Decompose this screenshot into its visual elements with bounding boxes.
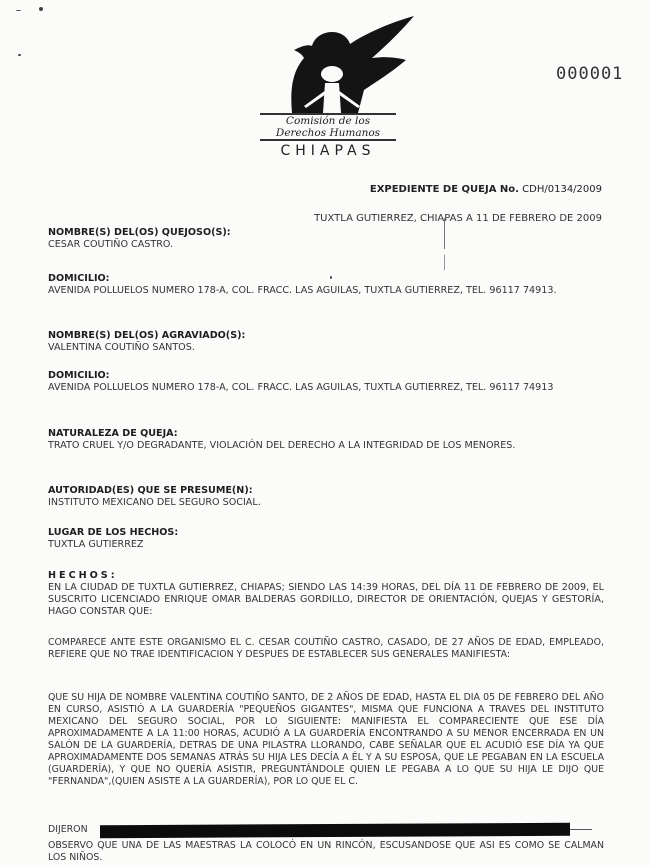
- section-hechos: HECHOS: EN LA CIUDAD DE TUXTLA GUTIERREZ…: [48, 570, 604, 618]
- scan-speck: [16, 10, 21, 11]
- section-value: AVENIDA POLLUELOS NUMERO 178-A, COL. FRA…: [48, 382, 604, 394]
- section-label: AUTORIDAD(ES) QUE SE PRESUME(N):: [48, 485, 604, 497]
- redaction-bar: [100, 823, 570, 838]
- folio-number: 000001: [556, 64, 623, 84]
- expediente-label: EXPEDIENTE DE QUEJA No.: [370, 184, 519, 195]
- section-label: DOMICILIO:: [48, 370, 604, 382]
- section-label: HECHOS:: [48, 570, 604, 582]
- paragraph-comparecencia: COMPARECE ANTE ESTE ORGANISMO EL C. CESA…: [48, 637, 604, 661]
- section-label: NOMBRE(S) DEL(OS) QUEJOSO(S):: [48, 227, 604, 239]
- paragraph-dijeron: DIJERON: [48, 824, 98, 836]
- section-value: AVENIDA POLLUELOS NUMERO 178-A, COL. FRA…: [48, 285, 604, 297]
- section-lugar: LUGAR DE LOS HECHOS: TUXTLA GUTIERREZ: [48, 527, 604, 551]
- scan-speck: [18, 54, 21, 56]
- logo-caption: Comisión de los Derechos Humanos CHIAPAS: [258, 113, 398, 159]
- section-label: NATURALEZA DE QUEJA:: [48, 428, 604, 440]
- section-naturaleza: NATURALEZA DE QUEJA: TRATO CRUEL Y/O DEG…: [48, 428, 604, 452]
- section-value: TUXTLA GUTIERREZ: [48, 539, 604, 551]
- section-value: EN LA CIUDAD DE TUXTLA GUTIERREZ, CHIAPA…: [48, 582, 604, 618]
- section-domicilio-agraviado: DOMICILIO: AVENIDA POLLUELOS NUMERO 178-…: [48, 370, 604, 394]
- section-label: DOMICILIO:: [48, 273, 604, 285]
- paragraph-manifestacion: QUE SU HIJA DE NOMBRE VALENTINA COUTIÑO …: [48, 692, 604, 788]
- section-autoridad: AUTORIDAD(ES) QUE SE PRESUME(N): INSTITU…: [48, 485, 604, 509]
- section-agraviado: NOMBRE(S) DEL(OS) AGRAVIADO(S): VALENTIN…: [48, 330, 604, 354]
- expediente-number: CDH/0134/2009: [522, 184, 602, 195]
- logo-state: CHIAPAS: [258, 143, 398, 159]
- section-label: NOMBRE(S) DEL(OS) AGRAVIADO(S):: [48, 330, 604, 342]
- paragraph-observacion: OBSERVO QUE UNA DE LAS MAESTRAS LA COLOC…: [48, 840, 604, 864]
- section-quejoso: NOMBRE(S) DEL(OS) QUEJOSO(S): CESAR COUT…: [48, 227, 604, 251]
- logo-line-1: Comisión de los: [258, 115, 398, 127]
- scan-speck: [39, 7, 43, 11]
- section-value: INSTITUTO MEXICANO DEL SEGURO SOCIAL.: [48, 497, 604, 509]
- logo-line-2: Derechos Humanos: [258, 127, 398, 139]
- section-value: TRATO CRUEL Y/O DEGRADANTE, VIOLACIÓN DE…: [48, 440, 604, 452]
- section-domicilio-quejoso: DOMICILIO: AVENIDA POLLUELOS NUMERO 178-…: [48, 273, 604, 297]
- scan-mark: [570, 829, 592, 830]
- logo-rule: [260, 139, 396, 141]
- section-value: VALENTINA COUTIÑO SANTOS.: [48, 342, 604, 354]
- expediente-line: EXPEDIENTE DE QUEJA No. CDH/0134/2009: [370, 184, 602, 195]
- section-value: CESAR COUTIÑO CASTRO.: [48, 239, 604, 251]
- place-date: TUXTLA GUTIERREZ, CHIAPAS A 11 DE FEBRER…: [314, 213, 602, 224]
- section-label: LUGAR DE LOS HECHOS:: [48, 527, 604, 539]
